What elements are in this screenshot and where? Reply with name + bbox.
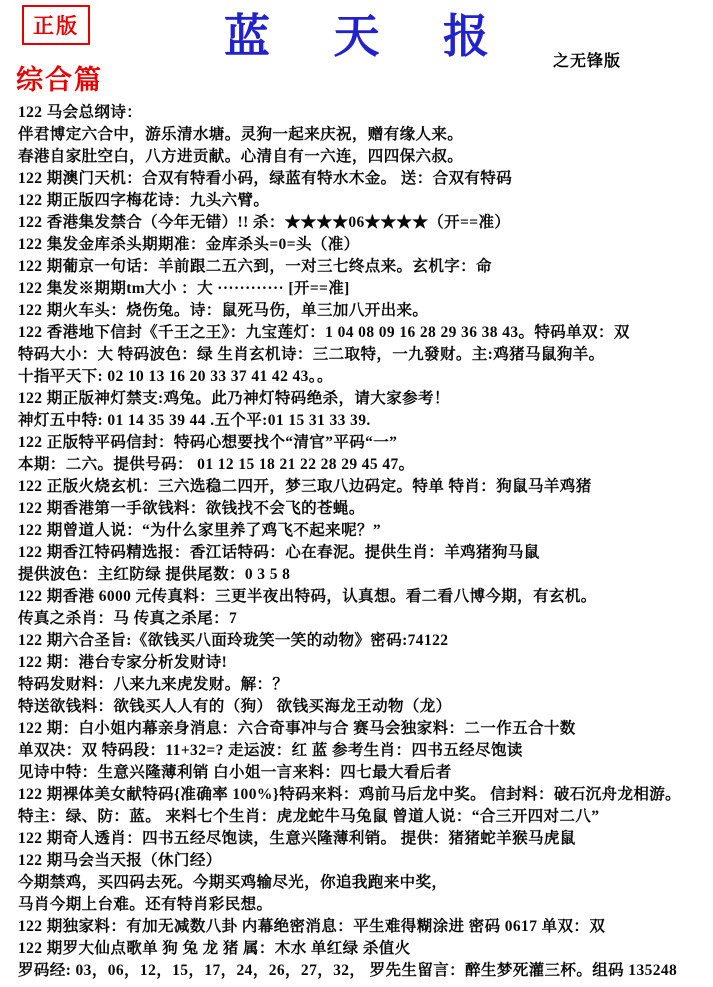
report-line: 122 期六合圣旨:《欲钱买八面玲珑笑一笑的动物》密码:74122 [18,630,707,652]
report-line: 特码发财料：八来九来虎发财。解：？ [18,674,707,696]
report-line: 见诗中特：生意兴隆薄利销 白小姐一言来料：四七最大看后者 [18,762,707,784]
report-line: 特码大小：大 特码波色：绿 生肖玄机诗：三二取特，一九發财。主:鸡猪马鼠狗羊。 [18,344,707,366]
report-line: 122 期裸体美女献特码{准确率 100%}特码来料：鸡前马后龙中奖。 信封料：… [18,784,707,806]
report-line: 神灯五中特: 01 14 35 39 44 .五个平:01 15 31 33 3… [18,410,707,432]
report-line: 马肖今期上台难。还有特肖彩民想。 [18,894,707,916]
report-line: 罗码经: 03，06，12，15，17，24，26，27，32， 罗先生留言：醉… [18,960,707,982]
report-line: 122 期香港第一手欲钱料：欲钱找不会飞的苍蝇。 [18,498,707,520]
edition-label: 之无锋版 [553,48,621,71]
report-line: 单双决：双 特码段：11+32=? 走运波：红 蓝 参考生肖：四书五经尽饱读 [18,740,707,762]
report-line: 提供波色：主红防绿 提供尾数：0 3 5 8 [18,564,707,586]
report-line: 122 集发金库杀头期期准：金库杀头=0=头（准） [18,234,707,256]
report-line: 122 期罗大仙点歌单 狗 兔 龙 猪 属：木水 单红绿 杀值火 [18,938,707,960]
report-line: 特送欲钱料：欲钱买人人有的（狗） 欲钱买海龙王动物（龙） [18,696,707,718]
report-line: 122 期葡京一句话：羊前跟二五六到，一对三七终点来。玄机字：命 [18,256,707,278]
report-line: 本期：二六。提供号码： 01 12 15 18 21 22 28 29 45 4… [18,454,707,476]
report-line: 122 期：港台专家分析发财诗! [18,652,707,674]
report-line: 122 香港集发禁合（今年无错）!! 杀：★★★★06★★★★（开==准） [18,212,707,234]
report-line: 122 期：白小姐内幕亲身消息：六合奇事冲与合 赛马会独家料：二一作五合十数 [18,718,707,740]
report-line: 春港自家肚空白，八方进贡献。心清自有一六连，四四保六叔。 [18,146,707,168]
report-line: 十指平天下: 02 10 13 16 20 33 37 41 42 43。。 [18,366,707,388]
report-line: 122 期火车头：烧伤兔。诗：鼠死马伤，单三加八开出来。 [18,300,707,322]
section-title: 综合篇 [16,58,103,97]
report-line: 122 正版特平码信封：特码心想要找个“清官”平码“一” [18,432,707,454]
report-line: 122 期独家料：有加无减数八卦 内幕绝密消息：平生难得糊涂进 密码 0617 … [18,916,707,938]
report-body: 122 马会总纲诗：伴君博定六合中，游乐清水塘。灵狗一起来庆祝，赠有缘人来。春港… [18,102,707,982]
report-line: 伴君博定六合中，游乐清水塘。灵狗一起来庆祝，赠有缘人来。 [18,124,707,146]
report-line: 特主：绿、防：蓝。 来料七个生肖：虎龙蛇牛马兔鼠 曾道人说：“合三开四对二八” [18,806,707,828]
report-line: 传真之杀肖：马 传真之杀尾：7 [18,608,707,630]
report-line: 122 期澳门天机：合双有特看小码，绿蓝有特水木金。 送：合双有特码 [18,168,707,190]
report-line: 122 期曾道人说：“为什么家里养了鸡飞不起来呢？” [18,520,707,542]
report-line: 今期禁鸡，买四码去死。今期买鸡输尽光，你追我跑来中奖， [18,872,707,894]
report-line: 122 期正版神灯禁支:鸡兔。此乃神灯特码绝杀，请大家参考！ [18,388,707,410]
report-line: 122 期香港 6000 元传真料：三更半夜出特码，认真想。看二看八博今期，有玄… [18,586,707,608]
report-line: 122 期香江特码精选报：香江话特码：心在春泥。提供生肖：羊鸡猪狗马鼠 [18,542,707,564]
report-line: 122 期正版四字梅花诗：九头六臂。 [18,190,707,212]
report-line: 122 香港地下信封《千王之王》：九宝莲灯：1 04 08 09 16 28 2… [18,322,707,344]
report-line: 122 期奇人透肖：四书五经尽饱读，生意兴隆薄利销。 提供：猪猪蛇羊猴马虎鼠 [18,828,707,850]
report-line: 122 正版火烧玄机：三六选稳二四开，梦三取八边码定。特单 特肖：狗鼠马羊鸡猪 [18,476,707,498]
report-line: 122 马会总纲诗： [18,102,707,124]
report-line: 122 期马会当天报（休门经） [18,850,707,872]
report-line: 122 集发※期期tm大小 ：大 ············ [开==准] [18,278,707,300]
